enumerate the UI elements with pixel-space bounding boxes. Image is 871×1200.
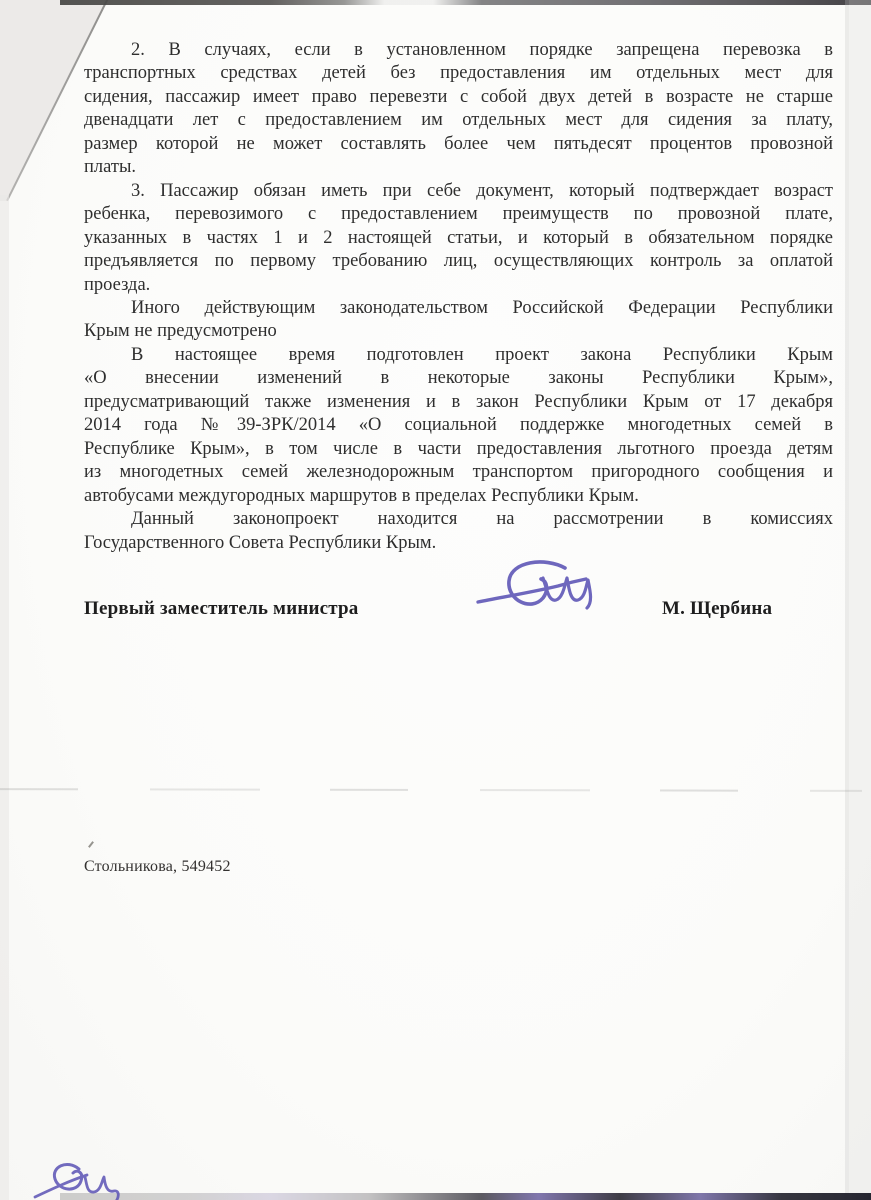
document-line: размер которой не может составлять более… bbox=[84, 133, 833, 156]
handwritten-signature bbox=[473, 550, 608, 625]
document-line: Государственного Совета Республики Крым. bbox=[84, 532, 833, 555]
document-line: транспортных средствах детей без предост… bbox=[84, 62, 833, 85]
scan-top-edge-line bbox=[60, 0, 871, 5]
paper-fold-crease bbox=[0, 788, 862, 792]
document-line: предъявляется по первому требованию лиц,… bbox=[84, 250, 833, 273]
document-line: В настоящее время подготовлен проект зак… bbox=[84, 344, 833, 367]
scan-right-edge-column bbox=[849, 0, 871, 1200]
scanned-document-page: 2. В случаях, если в установленном поряд… bbox=[0, 0, 871, 1200]
document-body: 2. В случаях, если в установленном поряд… bbox=[84, 39, 833, 555]
scan-bottom-edge-line bbox=[60, 1193, 871, 1200]
signatory-position-title: Первый заместитель министра bbox=[84, 598, 359, 620]
document-line: из многодетных семей железнодорожным тра… bbox=[84, 461, 833, 484]
signatory-name: М. Щербина bbox=[662, 598, 772, 620]
document-line: Данный законопроект находится на рассмот… bbox=[84, 508, 833, 531]
document-line: двенадцати лет с предоставлением им отде… bbox=[84, 109, 833, 132]
document-line: Крым не предусмотрено bbox=[84, 320, 833, 343]
document-line: 2. В случаях, если в установленном поряд… bbox=[84, 39, 833, 62]
document-line: Республике Крым», в том числе в части пр… bbox=[84, 438, 833, 461]
document-line: платы. bbox=[84, 156, 833, 179]
stray-pen-tick bbox=[88, 841, 94, 848]
document-line: 3. Пассажир обязан иметь при себе докуме… bbox=[84, 180, 833, 203]
document-line: сидения, пассажир имеет право перевезти … bbox=[84, 86, 833, 109]
document-line: проезда. bbox=[84, 274, 833, 297]
document-line: 2014 года №39-ЗРК/2014 «О социальной под… bbox=[84, 414, 833, 437]
scan-left-edge-shadow bbox=[0, 195, 9, 1200]
document-line: указанных в частях 1 и 2 настоящей стать… bbox=[84, 227, 833, 250]
document-line: автобусами междугородных маршрутов в пре… bbox=[84, 485, 833, 508]
document-line: ребенка, перевозимого с предоставлением … bbox=[84, 203, 833, 226]
executor-contact-line: Стольникова, 549452 bbox=[84, 858, 231, 876]
document-line: предусматривающий также изменения и в за… bbox=[84, 391, 833, 414]
handwritten-paraph bbox=[27, 1147, 137, 1200]
document-line: «О внесении изменений в некоторые законы… bbox=[84, 367, 833, 390]
document-line: Иного действующим законодательством Росс… bbox=[84, 297, 833, 320]
